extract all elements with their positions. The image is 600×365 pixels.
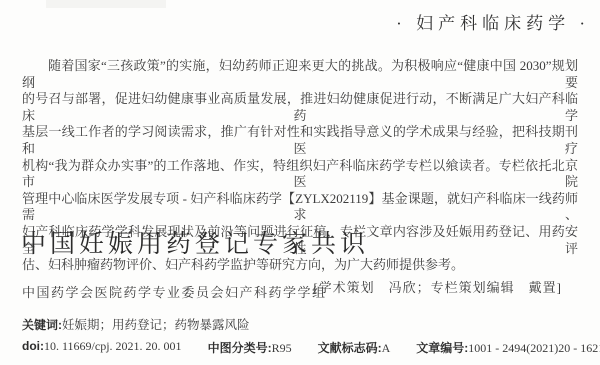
- editorial-note-line: 的号召与部署，促进妇幼健康事业高质量发展，推进妇幼健康促进行动，不断满足广大妇产…: [22, 91, 578, 124]
- journal-page: · 妇产科临床药学 · 随着国家“三孩政策”的实施，妇幼药师正迎来更大的挑战。为…: [0, 0, 600, 365]
- doc-code-label: 文献标志码:: [318, 341, 382, 355]
- journal-column-header: · 妇产科临床药学 ·: [396, 9, 590, 34]
- editorial-note: 随着国家“三孩政策”的实施，妇幼药师正迎来更大的挑战。为积极响应“健康中国 20…: [22, 58, 578, 296]
- clc-value: R95: [272, 341, 292, 355]
- article-no-label: 文章编号:: [416, 341, 468, 355]
- editorial-note-line: 基层一线工作者的学习阅读需求，推广有针对性和实践指导意义的学术成果与经验，把科技…: [22, 124, 578, 157]
- doc-code-value: A: [382, 341, 391, 355]
- editorial-note-line: 管理中心临床医学发展专项 - 妇产科临床药学【ZYLX202119】基金课题，就…: [22, 191, 578, 224]
- clc-item: 中图分类号:R95: [208, 339, 292, 356]
- doi-value: 10. 11669/cpj. 2021. 20. 001: [44, 339, 182, 353]
- keywords-value: 妊娠期；用药登记；药物暴露风险: [62, 318, 250, 332]
- editorial-note-line: 随着国家“三孩政策”的实施，妇幼药师正迎来更大的挑战。为积极响应“健康中国 20…: [22, 58, 578, 91]
- article-no-value: 1001 - 2494(2021)20 - 1621 - 10: [468, 341, 600, 355]
- article-title: 中国妊娠用药登记专家共识: [21, 224, 369, 260]
- scan-artifact: [46, 0, 166, 8]
- editorial-note-line: 机构“我为群众办实事”的工作落地、作实，特组织妇产科临床药学专栏以飨读者。专栏依…: [22, 158, 578, 191]
- doi-item: doi:10. 11669/cpj. 2021. 20. 001: [22, 339, 182, 356]
- doc-code-item: 文献标志码:A: [318, 339, 391, 356]
- author-group: 中国药学会医院药学专业委员会妇产科药学学组: [22, 282, 327, 301]
- keywords-line: 关键词:妊娠期；用药登记；药物暴露风险: [22, 315, 250, 333]
- article-no-item: 文章编号:1001 - 2494(2021)20 - 1621 - 10: [416, 339, 600, 356]
- keywords-label: 关键词:: [22, 318, 62, 332]
- article-meta-line: doi:10. 11669/cpj. 2021. 20. 001 中图分类号:R…: [22, 339, 600, 356]
- clc-label: 中图分类号:: [208, 341, 272, 355]
- doi-label: doi:: [22, 339, 44, 353]
